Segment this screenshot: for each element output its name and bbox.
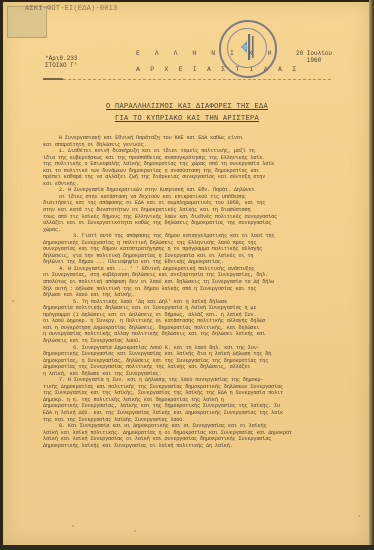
scan-edge-bottom <box>0 545 374 550</box>
paper-speck <box>134 530 136 532</box>
reference-block: *Αριθ.233 ΣΤΟΙΧΟ Γ' <box>45 55 77 69</box>
reference-series: ΣΤΟΙΧΟ Γ' <box>45 62 77 69</box>
document-title-line-1: Ο ΠΑΡΑΛΛΗΛΙΣΜΟΣ ΚΑΙ ΔΙΑΦΟΡΕΣ ΤΗΣ ΕΔΑ <box>0 103 374 111</box>
scan-edge-right <box>369 0 374 550</box>
paper-speck <box>358 515 360 517</box>
stamp-emblem-icon <box>240 32 256 62</box>
header-rule <box>43 79 333 80</box>
reference-number: *Αριθ.233 <box>45 55 77 62</box>
paper-speck <box>12 300 14 302</box>
date-year: 1960 <box>296 57 332 64</box>
document-body: Η Συνεργασιακή και Εθνική Παράταξη του Κ… <box>43 135 333 449</box>
document-date: 20 Ιουλίου 1960 <box>296 50 332 64</box>
date-day-month: 20 Ιουλίου <box>296 50 332 57</box>
letterhead-line-2: Α Ρ Χ Ε Ι Α Σ Τ Ι Λ Α Σ <box>136 66 299 73</box>
archive-stamp-icon <box>219 20 277 78</box>
body-line: Δημοκρατικής λαϊκής και Συνεργασίας οι λ… <box>43 443 333 450</box>
document-title-line-2: ΓΙΑ ΤΟ ΚΥΠΡΙΑΚΟ ΚΑΙ ΤΗΝ ΑΡΙΣΤΕΡΑ <box>0 115 374 123</box>
archive-code: ΑΣΚΙ-ΦΩΤ-ΕΙ(ΕΔΑ)-0013 <box>25 5 117 13</box>
paper-speck <box>72 525 74 527</box>
